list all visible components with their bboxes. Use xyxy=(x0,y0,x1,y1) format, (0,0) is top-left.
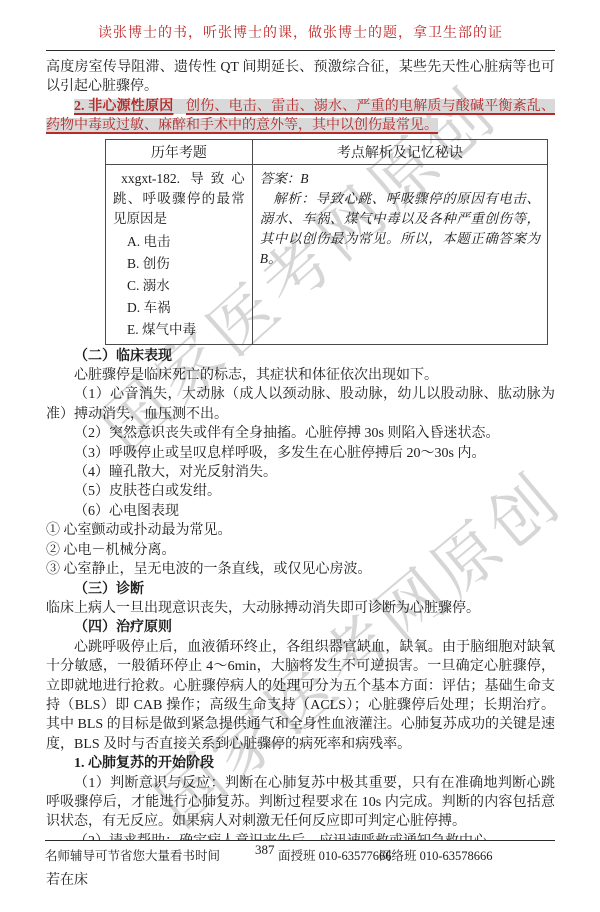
body-paragraph: 心跳呼吸停止后，血液循环终止，各组织器官缺血，缺氧。由于脑细胞对缺氧十分敏感，一… xyxy=(46,638,555,754)
answer-option: E. 煤气中毒 xyxy=(127,320,245,339)
footer-note: 名师辅导可节省您大量看书时间 xyxy=(45,846,220,864)
column-header-analysis: 考点解析及记忆秘诀 xyxy=(252,139,547,164)
body-paragraph: （6）心电图表现 xyxy=(46,502,555,521)
highlighted-sentence: 2. 非心源性原因创伤、电击、雷击、溺水、严重的电解质与酸碱平衡紊乱、药物中毒或… xyxy=(46,99,555,133)
body-paragraph: ② 心电－机械分离。 xyxy=(46,541,555,560)
body-paragraph: 心脏骤停是临床死亡的标志，其症状和体征依次出现如下。 xyxy=(46,366,555,385)
body-paragraph: 临床上病人一旦出现意识丧失，大动脉搏动消失即可诊断为心脏骤停。 xyxy=(46,599,555,618)
highlight-label: 2. 非心源性原因 xyxy=(74,99,173,114)
body-paragraph: （3）呼吸停止或呈叹息样呼吸，多发生在心脏停搏后 20～30s 内。 xyxy=(46,444,555,463)
intro-paragraph: 高度房室传导阻滞、遗传性 QT 间期延长、预激综合征，某些先天性心脏病等也可以引… xyxy=(46,58,555,97)
body-paragraph: ③ 心室静止，呈无电波的一条直线，或仅见心房波。 xyxy=(46,560,555,579)
answer-option: C. 溺水 xyxy=(127,276,245,295)
analysis-cell: 答案：B 解析：导致心跳、呼吸骤停的原因有电击、溺水、车祸、煤气中毒以及各种严重… xyxy=(252,164,547,344)
body-paragraph: （1）心音消失，大动脉（成人以颈动脉、股动脉，幼儿以股动脉、肱动脉为准）搏动消失… xyxy=(46,385,555,424)
section-heading: （三）诊断 xyxy=(46,580,555,599)
answer-text: 答案：B xyxy=(260,169,540,189)
option-list: A. 电击B. 创伤C. 溺水D. 车祸E. 煤气中毒 xyxy=(113,232,245,339)
table-header-row: 历年考题 考点解析及记忆秘诀 xyxy=(106,139,548,164)
exam-question-table: 历年考题 考点解析及记忆秘诀 xxgxt-182. 导致心跳、呼吸骤停的最常见原… xyxy=(105,139,548,345)
body-paragraph: （1）判断意识与反应：判断在心肺复苏中极其重要，只有在准确地判断心跳呼吸骤停后，… xyxy=(46,774,555,832)
page-number: 387 xyxy=(255,842,275,858)
body-sections: （二）临床表现心脏骤停是临床死亡的标志，其症状和体征依次出现如下。（1）心音消失… xyxy=(46,347,555,890)
section-heading: （四）治疗原则 xyxy=(46,618,555,637)
body-paragraph: （4）瞳孔散大，对光反射消失。 xyxy=(46,463,555,482)
answer-option: B. 创伤 xyxy=(127,254,245,273)
classroom-phone: 面授班 010-63577666 xyxy=(278,846,392,864)
analysis-text: 解析：导致心跳、呼吸骤停的原因有电击、溺水、车祸、煤气中毒以及各种严重创伤等，其… xyxy=(260,189,540,269)
table-row: xxgxt-182. 导致心跳、呼吸骤停的最常见原因是 A. 电击B. 创伤C.… xyxy=(106,164,548,344)
question-cell: xxgxt-182. 导致心跳、呼吸骤停的最常见原因是 A. 电击B. 创伤C.… xyxy=(106,164,253,344)
body-paragraph: （5）皮肤苍白或发绀。 xyxy=(46,482,555,501)
document-page: 读张博士的书，听张博士的课，做张博士的题，拿卫生部的证 高度房室传导阻滞、遗传性… xyxy=(0,0,600,890)
question-stem: xxgxt-182. 导致心跳、呼吸骤停的最常见原因是 xyxy=(113,169,245,229)
body-paragraph: （2）突然意识丧失或伴有全身抽搐。心脏停搏 30s 则陷入昏迷状态。 xyxy=(46,424,555,443)
answer-option: A. 电击 xyxy=(127,232,245,251)
page-footer: 名师辅导可节省您大量看书时间 387 面授班 010-63577666 网络班 … xyxy=(45,840,555,868)
section-heading: （二）临床表现 xyxy=(46,347,555,366)
column-header-past-questions: 历年考题 xyxy=(106,139,253,164)
header-slogan: 读张博士的书，听张博士的课，做张博士的题，拿卫生部的证 xyxy=(46,22,555,51)
online-class-phone: 网络班 010-63578666 xyxy=(379,846,493,864)
section-heading: 1. 心肺复苏的开始阶段 xyxy=(46,754,555,773)
body-paragraph: ① 心室颤动或扑动最为常见。 xyxy=(46,521,555,540)
answer-option: D. 车祸 xyxy=(127,298,245,317)
highlight-paragraph: 2. 非心源性原因创伤、电击、雷击、溺水、严重的电解质与酸碱平衡紊乱、药物中毒或… xyxy=(46,97,555,136)
